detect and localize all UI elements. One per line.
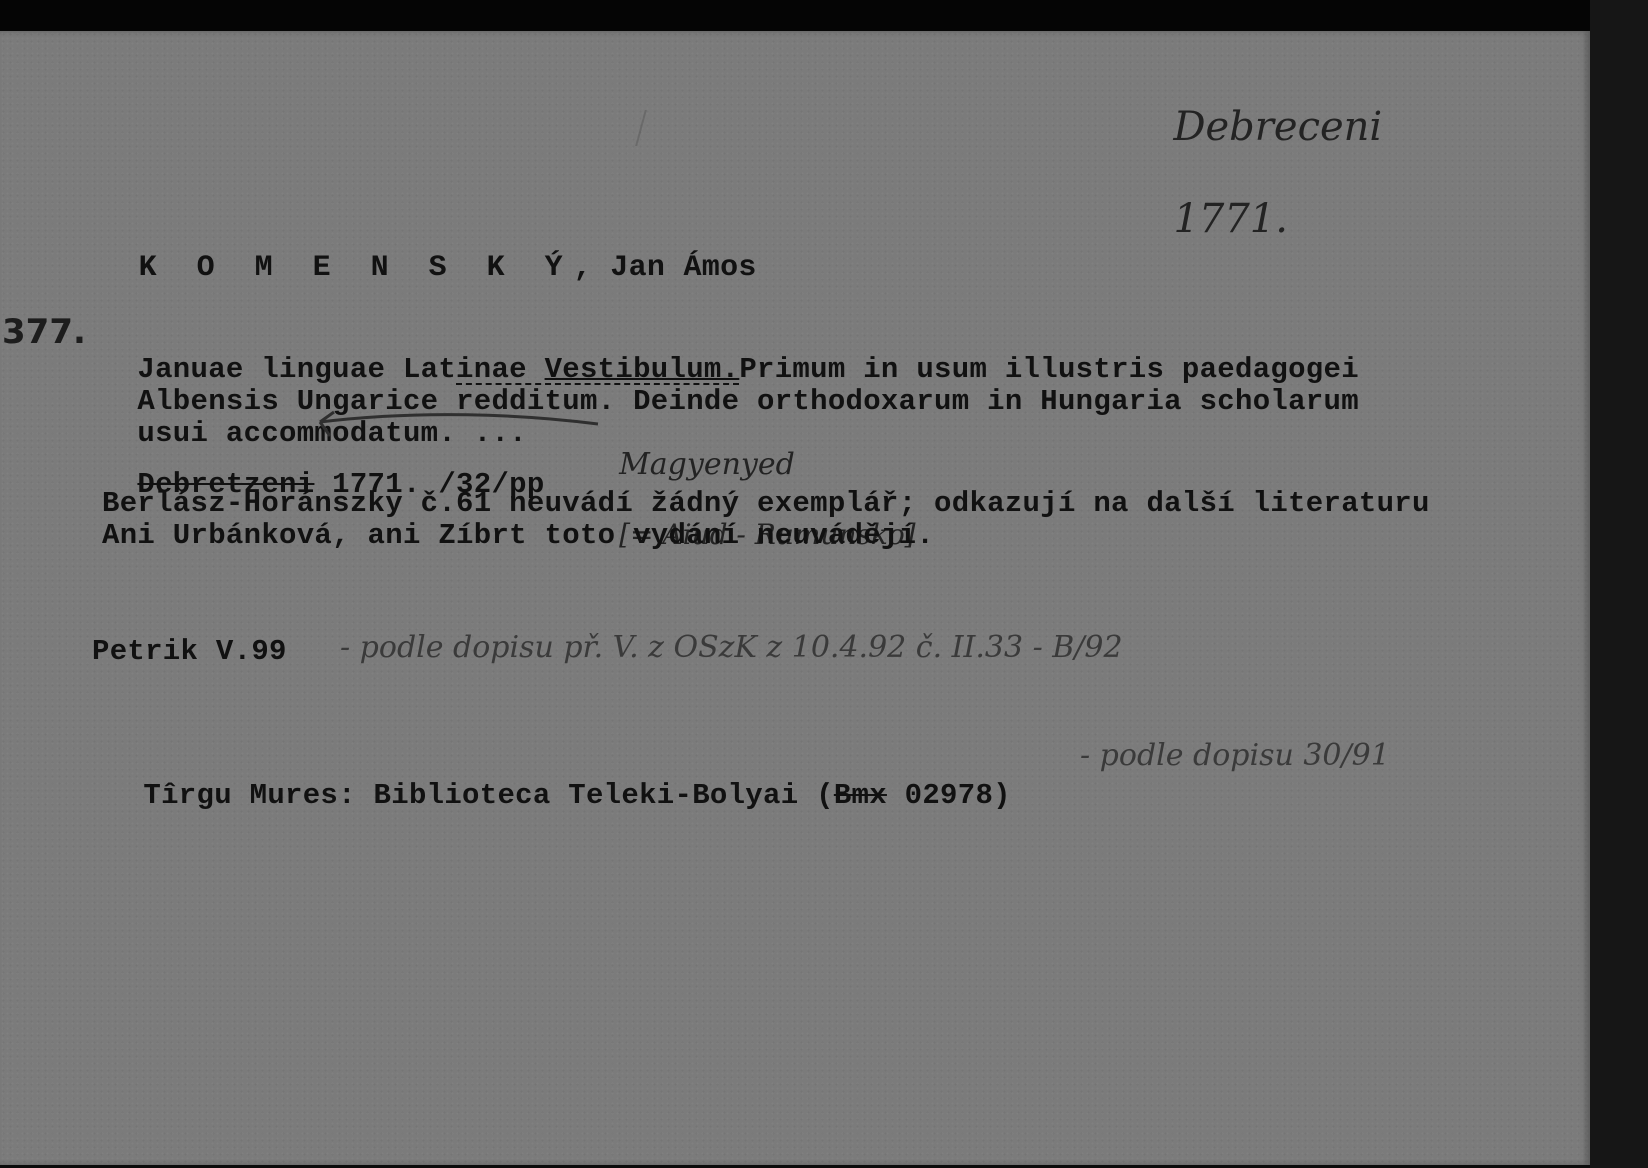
struck-code: Bmx [834,779,887,812]
author-given-name: , Jan Ámos [574,251,757,285]
handwritten-place-note: Debreceni 1771. [1148,58,1382,242]
note-line-2: Ani Urbánková, ani Zíbrt toto vydání neu… [102,520,934,552]
petrik-reference: Petrik V.99 [92,636,287,668]
author-surname: K O M E N S K Ý [139,251,574,285]
entry-number: 377. [2,312,86,352]
location-text: Tîrgu Mures: Biblioteca Teleki-Bolyai ( [143,779,833,812]
scan-right-border [1590,0,1648,1168]
holding-location: Tîrgu Mures: Biblioteca Teleki-Bolyai (B… [108,748,1011,812]
handwritten-correction: Magyenyed [619,447,795,482]
scan-top-border [0,0,1648,31]
location-shelfmark: 02978) [887,779,1011,812]
pencil-arrow-icon [300,406,600,440]
author-heading: K O M E N S K Ý, Jan Ámos [102,220,757,284]
handwritten-place: Debreceni [1173,104,1382,150]
location-handwritten-note: - podle dopisu 30/91 [1080,738,1390,773]
petrik-handwritten-note: - podle dopisu př. V. z OSzK z 10.4.92 č… [340,630,1123,665]
handwritten-year: 1771. [1173,196,1288,242]
note-line-1: Berlász-Horánszky č.61 neuvádí žádný exe… [102,488,1430,520]
faint-pencil-mark [635,110,697,146]
